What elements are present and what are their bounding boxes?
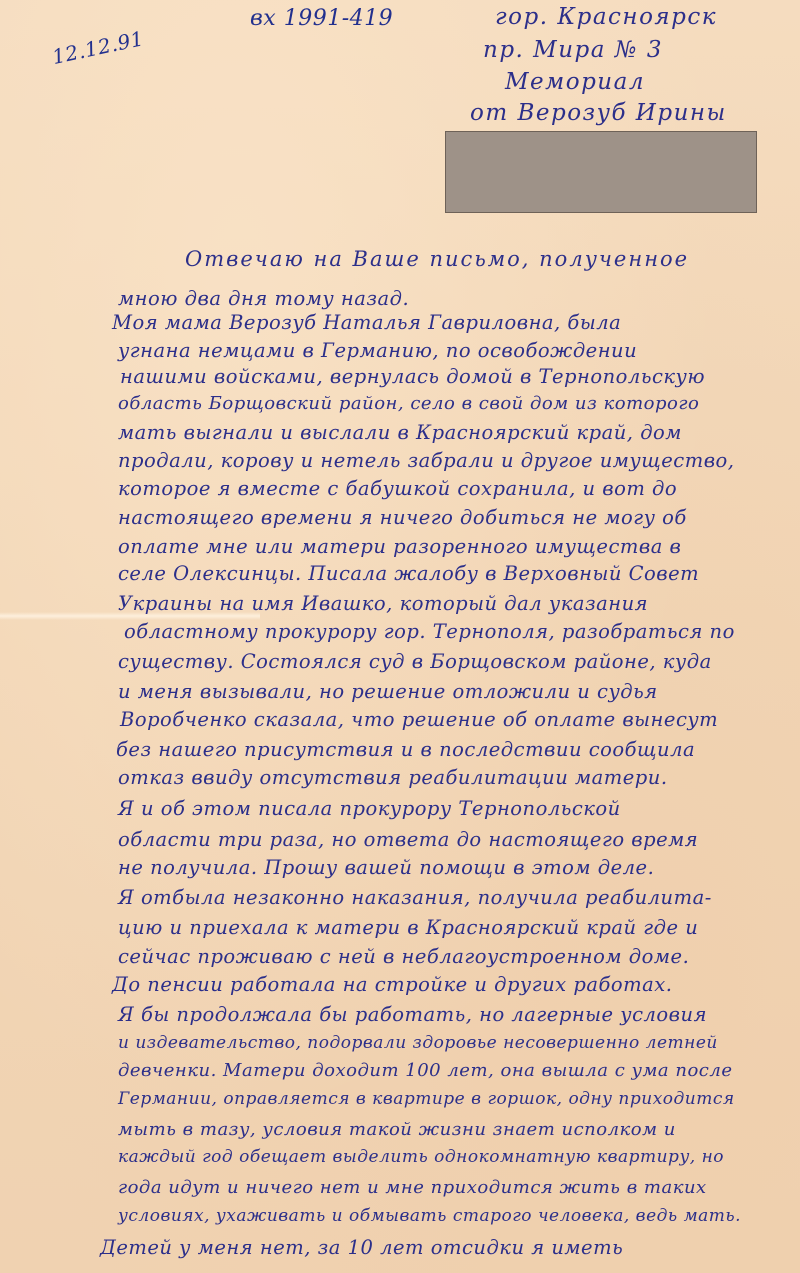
letter-line: мать выгнали и выслали в Красноярский кр… (118, 421, 682, 444)
letter-line: и издевательство, подорвали здоровье нес… (118, 1033, 718, 1053)
letter-line: цию и приехала к матери в Красноярский к… (118, 916, 698, 939)
redacted-personal-info (445, 131, 757, 213)
letter-line: и меня вызывали, но решение отложили и с… (118, 680, 658, 703)
letter-line: области три раза, но ответа до настоящег… (118, 828, 698, 851)
letter-line: года идут и ничего нет и мне приходится … (118, 1177, 707, 1198)
letter-line: сейчас проживаю с ней в неблагоустроенно… (118, 945, 689, 968)
letter-page: вх 1991-419 12.12.91 гор. Красноярск пр.… (0, 0, 800, 1273)
letter-line: мыть в тазу, условия такой жизни знает и… (118, 1119, 676, 1140)
letter-line: которое я вместе с бабушкой сохранила, и… (118, 477, 677, 500)
address-sender: от Верозуб Ирины (470, 100, 727, 126)
letter-line: мною два дня тому назад. (118, 287, 409, 310)
address-city: гор. Красноярск (495, 4, 717, 30)
letter-line: нашими войсками, вернулась домой в Терно… (120, 365, 705, 388)
letter-line: Я бы продолжала бы работать, но лагерные… (118, 1003, 707, 1026)
letter-line: Детей у меня нет, за 10 лет отсидки я им… (100, 1236, 623, 1259)
letter-line: условиях, ухаживать и обмывать старого ч… (118, 1206, 741, 1226)
letter-line: До пенсии работала на стройке и других р… (112, 973, 672, 996)
letter-line: существу. Состоялся суд в Борщовском рай… (118, 650, 712, 673)
letter-line: Воробченко сказала, что решение об оплат… (120, 708, 718, 731)
address-organization: Мемориал (505, 69, 645, 95)
letter-line: селе Олексинцы. Писала жалобу в Верховны… (118, 562, 699, 585)
letter-line: продали, корову и нетель забрали и друго… (118, 449, 735, 472)
letter-line: Моя мама Верозуб Наталья Гавриловна, был… (112, 311, 621, 334)
letter-line: Отвечаю на Ваше письмо, полученное (185, 247, 689, 271)
letter-line: Я отбыла незаконно наказания, получила р… (118, 886, 712, 909)
archive-registration-stamp: вх 1991-419 (250, 6, 393, 31)
letter-line: каждый год обещает выделить однокомнатну… (118, 1147, 724, 1167)
letter-line: оплате мне или матери разоренного имущес… (118, 535, 681, 558)
letter-line: настоящего времени я ничего добиться не … (118, 506, 687, 529)
letter-line: Я и об этом писала прокурору Тернопольск… (118, 797, 621, 820)
letter-line: девченки. Матери доходит 100 лет, она вы… (118, 1060, 732, 1081)
letter-line: без нашего присутствия и в последствии с… (116, 738, 695, 761)
letter-line: областному прокурору гор. Тернополя, раз… (124, 620, 735, 643)
letter-line: область Борщовский район, село в свой до… (118, 393, 699, 414)
letter-line: отказ ввиду отсутствия реабилитации мате… (118, 766, 668, 789)
address-street: пр. Мира № 3 (483, 37, 663, 63)
letter-line: угнана немцами в Германию, по освобожден… (118, 339, 637, 362)
letter-line: не получила. Прошу вашей помощи в этом д… (118, 856, 654, 879)
letter-line: Украины на имя Ивашко, который дал указа… (118, 592, 648, 615)
received-date: 12.12.91 (50, 26, 146, 69)
letter-line: Германии, оправляется в квартире в горшо… (118, 1089, 735, 1109)
